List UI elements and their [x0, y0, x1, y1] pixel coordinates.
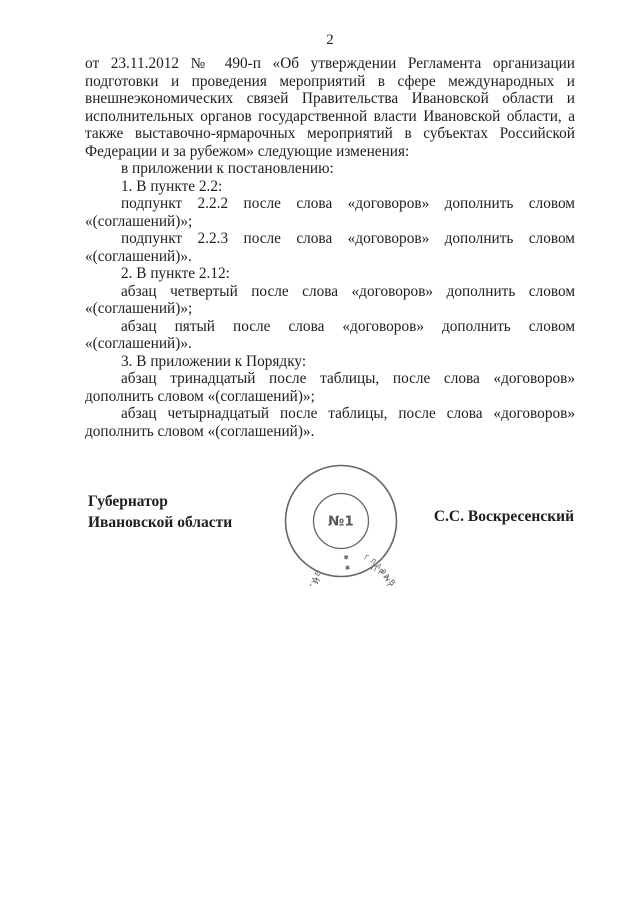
signatory-title-line2: Ивановской области — [88, 513, 232, 534]
stamp-number: №1 — [328, 514, 354, 530]
paragraph-item-1-sub-1: подпункт 2.2.2 после слова «договоров» д… — [85, 195, 575, 230]
signatory-title-line1: Губернатор — [88, 492, 232, 513]
document-page: 2 от 23.11.2012 № 490-п «Об утверждении … — [0, 0, 640, 905]
stamp-outer-star-icon: ✱ — [344, 564, 351, 573]
official-stamp: ПРАВИТЕЛЬСТВО ИВАНОВСКОЙ ОБЛАСТИ ГЛАВНОЕ… — [276, 456, 406, 586]
page-number: 2 — [85, 32, 575, 49]
paragraph-preamble: от 23.11.2012 № 490-п «Об утверждении Ре… — [85, 55, 575, 160]
paragraph-item-2-sub-1: абзац четвертый после слова «договоров» … — [85, 283, 575, 318]
stamp-inner-star-icon: ✱ — [343, 553, 350, 562]
paragraph-item-3-sub-2: абзац четырнадцатый после таблицы, после… — [85, 405, 575, 440]
paragraph-appendix-intro: в приложении к постановлению: — [85, 160, 575, 178]
paragraph-item-2: 2. В пункте 2.12: — [85, 265, 575, 283]
paragraph-item-3-sub-1: абзац тринадцатый после таблицы, после с… — [85, 370, 575, 405]
paragraph-item-1-sub-2: подпункт 2.2.3 после слова «договоров» д… — [85, 230, 575, 265]
signatory-name: С.С. Воскресенский — [434, 508, 574, 526]
document-body: от 23.11.2012 № 490-п «Об утверждении Ре… — [85, 55, 575, 440]
paragraph-item-2-sub-2: абзац пятый после слова «договоров» допо… — [85, 318, 575, 353]
signatory-title: Губернатор Ивановской области — [88, 492, 232, 533]
paragraph-item-1: 1. В пункте 2.2: — [85, 178, 575, 196]
paragraph-item-3: 3. В приложении к Порядку: — [85, 353, 575, 371]
